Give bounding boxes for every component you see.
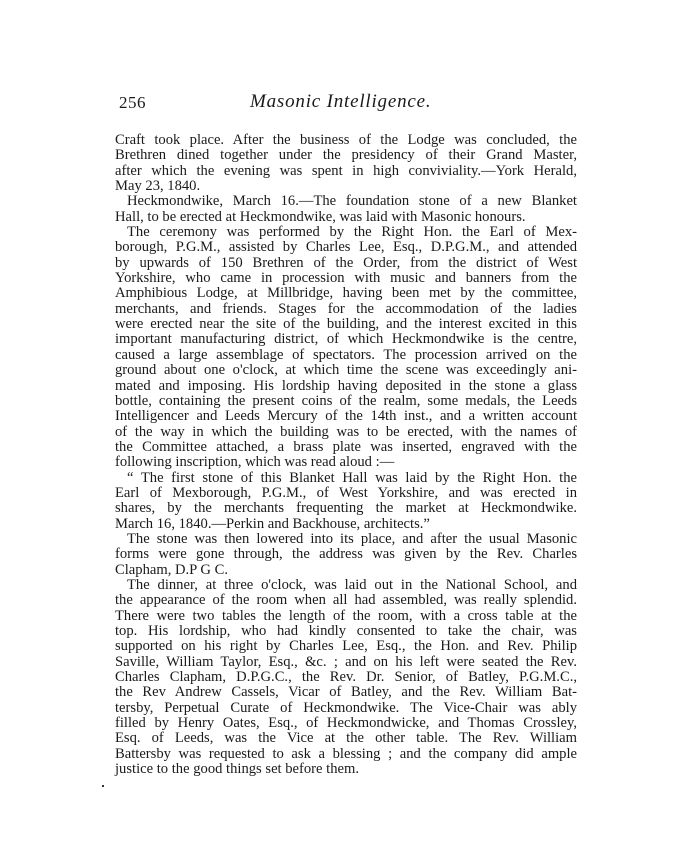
text-line: “ The first stone of this Blanket Hall w… xyxy=(115,471,577,486)
text-line: important manufacturing district, of whi… xyxy=(115,332,577,347)
text-line: Amphibious Lodge, at Millbridge, having … xyxy=(115,286,577,301)
text-line: Esq. of Leeds, was the Vice at the other… xyxy=(115,731,577,746)
text-line: Craft took place. After the business of … xyxy=(115,133,577,148)
text-line: Brethren dined together under the presid… xyxy=(115,148,577,163)
text-line: filled by Henry Oates, Esq., of Heckmond… xyxy=(115,716,577,731)
text-line: supported on his right by Charles Lee, E… xyxy=(115,639,577,654)
text-line: forms were gone through, the address was… xyxy=(115,547,577,562)
text-line: The dinner, at three o'clock, was laid o… xyxy=(115,578,577,593)
text-line: The ceremony was performed by the Right … xyxy=(115,225,577,240)
text-line: the Committee attached, a brass plate wa… xyxy=(115,440,577,455)
text-line: Charles Clapham, D.P.G.C., the Rev. Dr. … xyxy=(115,670,577,685)
text-line: shares, by the merchants frequenting the… xyxy=(115,501,577,516)
running-title: Masonic Intelligence. xyxy=(250,91,431,113)
stray-mark xyxy=(102,785,104,787)
text-line: Clapham, D.P G C. xyxy=(115,563,577,578)
text-line: Earl of Mexborough, P.G.M., of West York… xyxy=(115,486,577,501)
text-line: tersby, Perpetual Curate of Heckmondwike… xyxy=(115,701,577,716)
text-line: top. His lordship, who had kindly consen… xyxy=(115,624,577,639)
text-line: borough, P.G.M., assisted by Charles Lee… xyxy=(115,240,577,255)
article-body: Craft took place. After the business of … xyxy=(115,133,577,777)
text-line: mated and imposing. His lordship having … xyxy=(115,379,577,394)
text-line: following inscription, which was read al… xyxy=(115,455,577,470)
page-number: 256 xyxy=(119,93,146,113)
text-line: Yorkshire, who came in procession with m… xyxy=(115,271,577,286)
text-line: March 16, 1840.—Perkin and Backhouse, ar… xyxy=(115,517,577,532)
text-line: of the way in which the building was to … xyxy=(115,425,577,440)
text-line: Hall, to be erected at Heckmondwike, was… xyxy=(115,210,577,225)
text-line: Heckmondwike, March 16.—The foundation s… xyxy=(115,194,577,209)
text-line: The stone was then lowered into its plac… xyxy=(115,532,577,547)
text-line: after which the evening was spent in hig… xyxy=(115,164,577,179)
text-line: by upwards of 150 Brethren of the Order,… xyxy=(115,256,577,271)
text-line: the appearance of the room when all had … xyxy=(115,593,577,608)
text-line: Intelligencer and Leeds Mercury of the 1… xyxy=(115,409,577,424)
text-line: bottle, containing the present coins of … xyxy=(115,394,577,409)
text-line: May 23, 1840. xyxy=(115,179,577,194)
text-line: merchants, and friends. Stages for the a… xyxy=(115,302,577,317)
text-line: ground about one o'clock, at which time … xyxy=(115,363,577,378)
text-line: There were two tables the length of the … xyxy=(115,609,577,624)
text-line: caused a large assemblage of spectators.… xyxy=(115,348,577,363)
text-line: justice to the good things set before th… xyxy=(115,762,577,777)
text-line: were erected near the site of the buildi… xyxy=(115,317,577,332)
text-line: the Rev Andrew Cassels, Vicar of Batley,… xyxy=(115,685,577,700)
text-line: Battersby was requested to ask a blessin… xyxy=(115,747,577,762)
text-line: Saville, William Taylor, Esq., &c. ; and… xyxy=(115,655,577,670)
